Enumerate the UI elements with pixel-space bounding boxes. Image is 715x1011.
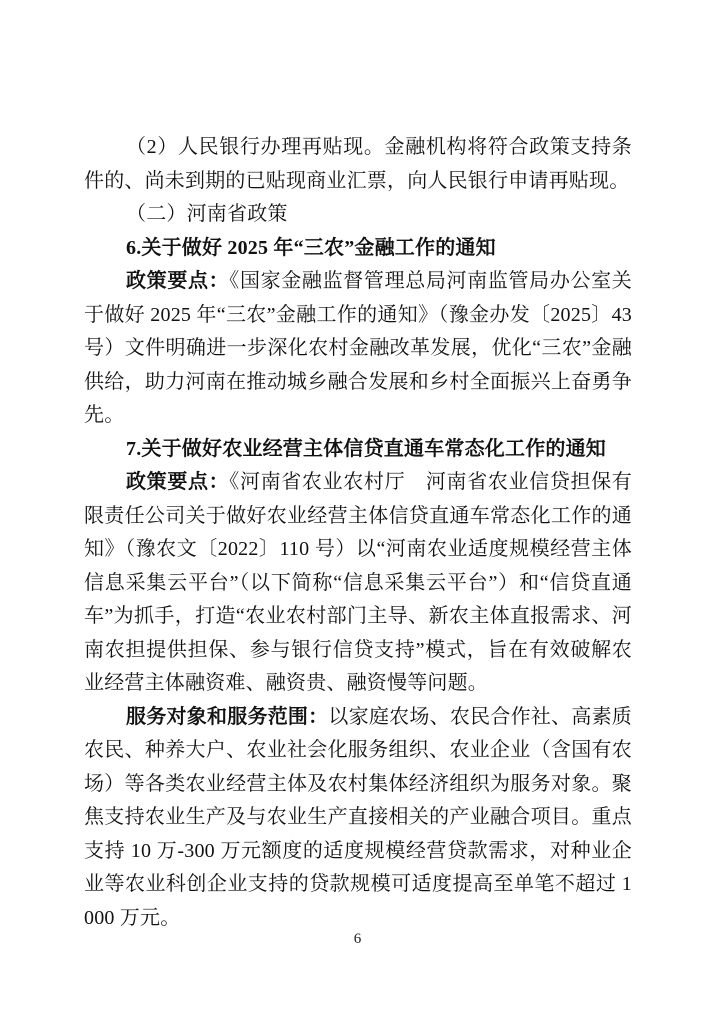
- document-page: （2）人民银行办理再贴现。金融机构将符合政策支持条件的、尚未到期的已贴现商业汇票…: [0, 0, 715, 1011]
- paragraph-lead-label: 政策要点：: [126, 270, 229, 292]
- paragraph-service-scope: 服务对象和服务范围：以家庭农场、农民合作社、高素质农民、种养大户、农业社会化服务…: [84, 701, 632, 936]
- policy-heading-6: 6.关于做好 2025 年“三农”金融工作的通知: [84, 232, 632, 266]
- paragraph-policy-points-7: 政策要点：《河南省农业农村厅 河南省农业信贷担保有限责任公司关于做好农业经营主体…: [84, 466, 632, 701]
- paragraph-text: 《河南省农业农村厅 河南省农业信贷担保有限责任公司关于做好农业经营主体信贷直通车…: [84, 471, 632, 694]
- paragraph-lead-label: 政策要点：: [126, 471, 229, 493]
- paragraph-text: （2）人民银行办理再贴现。金融机构将符合政策支持条件的、尚未到期的已贴现商业汇票…: [84, 136, 632, 192]
- paragraph-text: （二）河南省政策: [126, 203, 288, 225]
- subsection-heading-henan-policy: （二）河南省政策: [84, 198, 632, 232]
- paragraph-text: 《国家金融监督管理总局河南监管局办公室关于做好 2025 年“三农”金融工作的通…: [84, 270, 632, 426]
- paragraph-rediscount: （2）人民银行办理再贴现。金融机构将符合政策支持条件的、尚未到期的已贴现商业汇票…: [84, 131, 632, 198]
- paragraph-lead-label: 服务对象和服务范围：: [126, 706, 328, 728]
- paragraph-policy-points-6: 政策要点：《国家金融监督管理总局河南监管局办公室关于做好 2025 年“三农”金…: [84, 265, 632, 433]
- policy-heading-7: 7.关于做好农业经营主体信贷直通车常态化工作的通知: [84, 433, 632, 467]
- heading-text: 7.关于做好农业经营主体信贷直通车常态化工作的通知: [126, 438, 606, 460]
- document-body: （2）人民银行办理再贴现。金融机构将符合政策支持条件的、尚未到期的已贴现商业汇票…: [84, 131, 632, 935]
- paragraph-text: 以家庭农场、农民合作社、高素质农民、种养大户、农业社会化服务组织、农业企业（含国…: [84, 706, 632, 929]
- page-footer: 6: [0, 929, 715, 949]
- page-number: 6: [354, 931, 362, 947]
- heading-text: 6.关于做好 2025 年“三农”金融工作的通知: [126, 237, 496, 259]
